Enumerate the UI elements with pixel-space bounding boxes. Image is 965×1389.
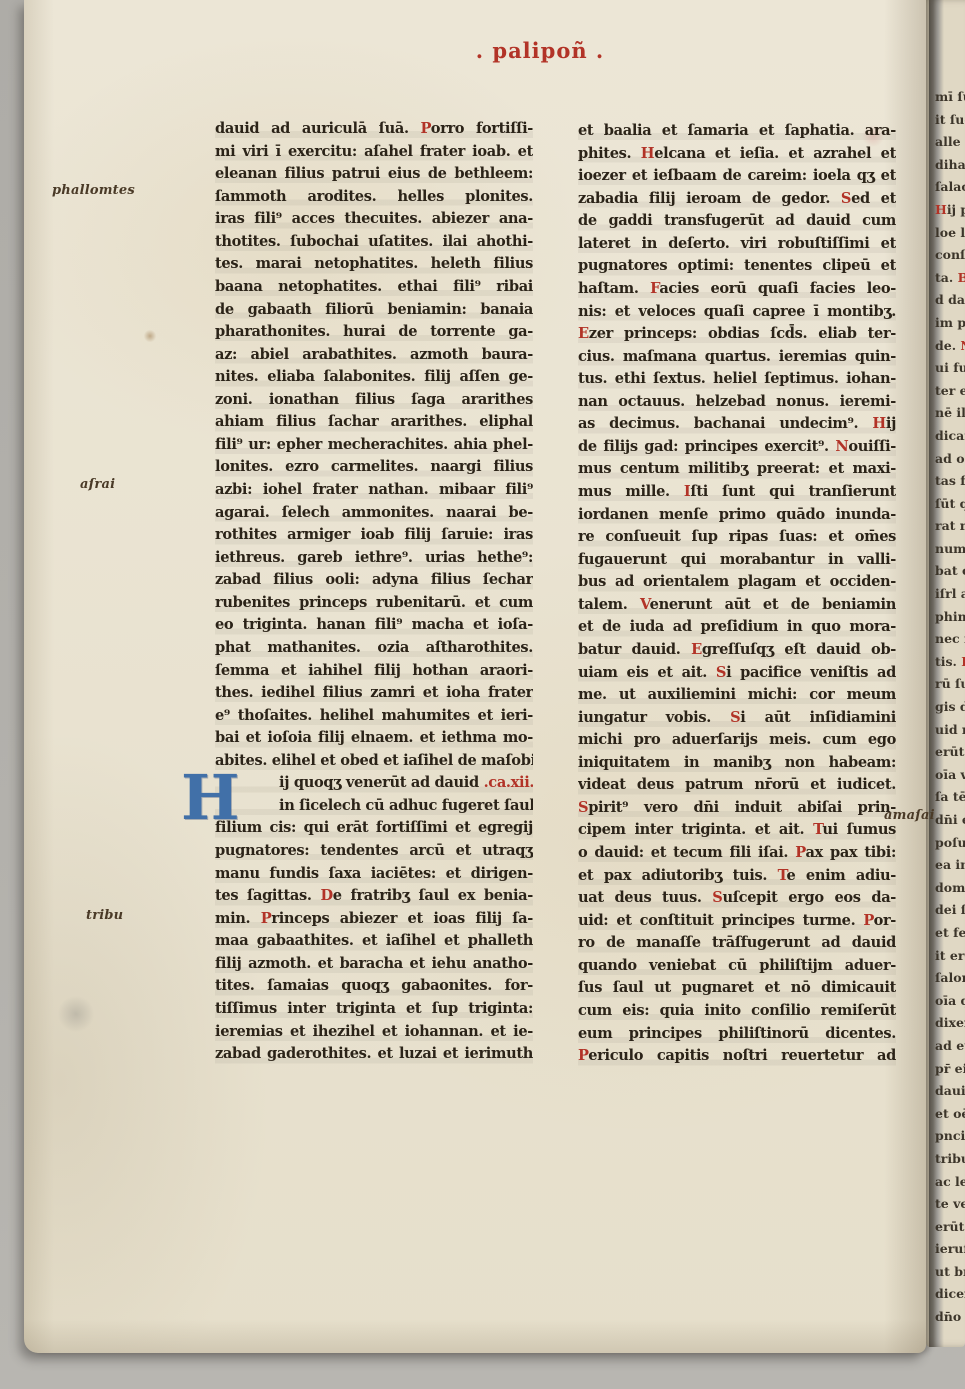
text-segment: dn̄i et [935,812,965,827]
text-line: bai et ioſoia filij elnaem. et iethma mo… [215,727,533,750]
text-segment: erūt in [935,1219,965,1234]
rubricated-letter: N [960,338,965,353]
margin-annotation: aſrai [80,477,115,492]
text-line: uiam eis et ait. Si pacifice veniſtis ad [578,662,896,685]
text-segment: ij [886,415,896,432]
text-segment: thes. iedihel filius zamri et ioha frate… [215,684,533,701]
text-segment: bat cū [935,563,965,578]
text-line: zabadia filij ieroam de gedor. Sed et [578,188,896,211]
text-segment: poſuit [935,835,965,850]
text-segment: it ergo [935,948,965,963]
text-line: ieruſalē [935,1238,965,1261]
text-segment: nis: et veloces quaſi capree ī montibʒ. [578,303,896,320]
text-segment: ro de manaſſe trāſfugerunt ad dauid [578,934,896,951]
text-segment: ut bn̄ [935,1264,965,1279]
text-line: pugnatores optimi: tenentes clipeū et [578,255,896,278]
text-segment: dei ſui [935,902,965,917]
text-segment: haſtam. [578,280,650,297]
rubricated-letter: P [261,910,272,927]
text-segment: erūt ad [935,744,965,759]
text-segment: ſūt qui [935,496,965,511]
text-line: num ge [935,538,965,561]
running-head: . palipoñ . [440,38,640,63]
text-segment: uſcepit ergo eos da- [722,889,896,906]
text-segment: uat deus tuus. [578,889,712,906]
text-line: uat deus tuus. Suſcepit ergo eos da- [578,887,896,910]
text-line: ahiam filius ſachar ararithes. eliphal [215,411,533,434]
text-segment: tiſſimus inter triginta et ſup triginta: [215,1000,533,1017]
text-line: dicamr [935,425,965,448]
text-segment: ſalach v [935,179,965,194]
text-segment: ieruſalē [935,1241,965,1256]
text-segment: dixerat [935,1015,965,1030]
text-line: te veni [935,1193,965,1216]
text-line: tes. marai netophatites. heleth filius [215,253,533,276]
rubricated-letter: F [650,280,659,297]
text-segment: iniquitatem in manibʒ non habeam: [578,754,896,771]
text-segment: ouiſſi- [848,438,896,455]
text-segment: fili⁹ ur: epher mecherachites. ahia phel… [215,436,533,453]
text-segment: mī ſuīt [935,89,965,104]
text-line: oīa que [935,990,965,1013]
rubricated-letter: V [640,596,650,613]
text-segment: enerunt aūt et de beniamin [650,596,896,613]
text-line: domo [935,877,965,900]
text-segment: baana netophatites. ethai fili⁹ ribai [215,278,533,295]
text-segment: et fec [935,925,965,940]
text-line: ſammoth arodites. helles plonites. [215,186,533,209]
text-line: mi viri ī exercitu: aſahel frater ioab. … [215,141,533,164]
text-segment: talem. [578,596,640,613]
text-line: bus ad orientalem plagam et occiden- [578,571,896,594]
text-segment: acies eorū quaſi facies leo- [659,280,896,297]
text-segment: ſus ſaul ut pugnaret et nō dimicauit [578,979,896,996]
text-line: ad eū [935,1035,965,1058]
text-line: it ſuer [935,109,965,132]
text-segment: filij azmoth. et baracha et iehu anatho- [215,955,533,972]
text-segment: uid: et conſtituit principes turme. [578,912,863,929]
text-line: thes. iedihel filius zamri et ioha frate… [215,682,533,705]
text-line: re conſueuit ſup ripas ſuas: et om̄es [578,526,896,549]
scanned-book-page: . palipoñ . H dauid ad auriculā ſuā. Por… [0,0,965,1389]
text-line: ſalomō [935,967,965,990]
text-segment: conſtim [935,247,965,262]
rubricated-letter: H [935,202,947,217]
text-segment: ed et [851,190,896,207]
text-line: dauid ad auriculā ſuā. Porro fortiſſi- [215,118,533,141]
text-line: im prat [935,312,965,335]
text-line: phat mathanites. ozia aſtharothites. [215,637,533,660]
text-line: min. Princeps abiezer et ioas filij ſa- [215,908,533,931]
text-line: de gaddi transfugerūt ad dauid cum [578,210,896,233]
text-line: haſtam. Facies eorū quaſi facies leo- [578,278,896,301]
text-segment: it ſuer [935,112,965,127]
text-segment: mus mille. [578,483,684,500]
text-segment: tes ſagittas. [215,887,320,904]
text-line: tites. ſamaias quoqʒ gabaonites. for- [215,975,533,998]
text-line: fugauerunt qui morabantur in valli- [578,549,896,572]
text-segment: e⁹ thoſaites. helihel mahumites et ieri- [215,707,533,724]
text-line: dixerat [935,1012,965,1035]
text-segment: ea in [935,857,965,872]
text-segment: tas fui [935,473,965,488]
text-line: iordanen menſe primo quādo inunda- [578,504,896,527]
text-line: as decimus. bachanai undecim⁹. Hij [578,413,896,436]
rubricated-letter: .ca.xii. [484,774,533,791]
text-segment: fugauerunt qui morabantur in valli- [578,551,896,568]
text-segment: me. ut auxiliemini michi: cor meum [578,686,896,703]
text-line: dauid: [935,1080,965,1103]
text-segment: zabad gaderothites. et luzai et ierimuth [215,1045,533,1062]
text-segment: cius. maſmana quartus. ieremias quin- [578,348,896,365]
text-line: loe lam [935,222,965,245]
text-segment: michi pro aduerſarijs meis. cum ego [578,731,896,748]
text-line: conſtim [935,244,965,267]
text-line: nē illi [935,402,965,425]
text-segment: zabadia filij ieroam de gedor. [578,190,841,207]
text-line: et baalia et ſamaria et ſaphatia. ara- [578,120,896,143]
text-segment: iras fili⁹ acces thecuites. abiezer ana- [215,210,533,227]
text-line: phites. Helcana et ieſia. et azrahel et [578,143,896,166]
text-line: nan octauus. helzebad nonus. ieremi- [578,391,896,414]
text-line: eleanan filius patrui eius de bethleem: [215,163,533,186]
text-segment: tites. ſamaias quoqʒ gabaonites. for- [215,977,533,994]
text-segment: min. [215,910,261,927]
text-segment: de gaddi transfugerūt ad dauid cum [578,212,896,229]
text-segment: ac leui [935,1174,965,1189]
text-line: o dauid: et tecum fili iſai. Pax pax tib… [578,842,896,865]
text-segment: i pacifice veniſtis ad [726,664,896,681]
text-line: cius. maſmana quartus. ieremias quin- [578,346,896,369]
text-line: iniquitatem in manibʒ non habeam: [578,752,896,775]
text-line: Ezer princeps: obdias ſcd̄s. eliab ter- [578,323,896,346]
text-line: cipem inter triginta. et ait. Tui ſumus [578,819,896,842]
text-segment: dihabet [935,157,965,172]
text-line: et de iuda ad preſidium in quo mora- [578,616,896,639]
text-segment: ſalomō [935,970,965,985]
text-segment: videat deus patrum nr̄orū et iudicet. [578,776,896,793]
text-segment: te veni [935,1196,965,1211]
rubricated-letter: S [841,190,851,207]
text-segment: uiam eis et ait. [578,664,716,681]
text-line: dicerēt [935,1283,965,1306]
text-line: tiſſimus inter triginta et ſup triginta: [215,998,533,1021]
text-segment: iordanen menſe primo quādo inunda- [578,506,896,523]
text-segment: greſſuſqʒ eſt dauid ob- [702,641,896,658]
text-segment: nē illi [935,405,965,420]
text-segment: oīa vaſ [935,767,965,782]
text-segment: dicamr [935,428,965,443]
text-line: pr̄ ei⁹ [935,1058,965,1081]
text-line: manu fundis ſaxa iaciētes: et dirigen- [215,863,533,886]
text-segment: dauid ad auriculā ſuā. [215,120,421,137]
text-line: rat meī [935,515,965,538]
text-segment: dn̄o de [935,1309,965,1324]
text-line: cum eis: quia inito conſilio remiſerūt [578,1000,896,1023]
text-line: alle obe [935,131,965,154]
rubricated-letter: S [730,709,740,726]
text-segment: thotites. ſubochai uſatites. ilai ahothi… [215,233,533,250]
text-segment: bai et ioſoia filij elnaem. et iethma mo… [215,729,533,746]
text-segment: ij pr [947,202,965,217]
text-segment: iſrl ad [935,586,965,601]
text-segment: loe lam [935,225,965,240]
text-line: mus mille. Iſti ſunt qui tranſierunt [578,481,896,504]
margin-annotation: amaſai [884,808,935,823]
text-segment: rubenites princeps rubenitarū. et cum [215,594,533,611]
text-segment: nan octauus. helzebad nonus. ieremi- [578,393,896,410]
text-line: iungatur vobis. Si aūt inſidiamini [578,707,896,730]
text-line: mī ſuīt [935,86,965,109]
text-line: pncipes [935,1125,965,1148]
text-segment: rū ſup [935,676,965,691]
text-line: lateret in deſerto. viri robuſtiſſimi et [578,233,896,256]
text-line: nites. eliaba ſalabonites. filij aſſen g… [215,366,533,389]
text-line: azbi: iohel frater nathan. mibaar fili⁹ [215,479,533,502]
rubricated-letter: H [641,145,654,162]
text-line: ſalach v [935,176,965,199]
text-segment: i aūt inſidiamini [740,709,896,726]
text-segment: ſemma et iahihel filij hothan araori- [215,662,533,679]
text-segment: tes. marai netophatites. heleth filius [215,255,533,272]
rubricated-letter: H [872,415,885,432]
text-line: talem. Venerunt aūt et de beniamin [578,594,896,617]
rubricated-letter: S [712,889,722,906]
text-line: it ergo [935,945,965,968]
text-line: erūt ad [935,741,965,764]
text-line: uid: et conſtituit principes turme. Por- [578,910,896,933]
text-segment: de filijs gad: principes exercit⁹. [578,438,835,455]
text-segment: cum eis: quia inito conſilio remiſerūt [578,1002,896,1019]
text-segment: eum principes philiſtinorū dicentes. [578,1025,896,1042]
rubricated-letter: S [716,664,726,681]
text-segment: pugnatores optimi: tenentes clipeū et [578,257,896,274]
text-line: de filijs gad: principes exercit⁹. Nouiſ… [578,436,896,459]
text-segment: ericulo capitis noſtri reuertetur ad [588,1047,896,1064]
text-segment: zoni. ionathan filius ſaga ararithes [215,391,533,408]
text-line: agarai. ſelech ammonites. naarai be- [215,502,533,525]
text-segment: phim et [935,609,965,624]
text-segment: as decimus. bachanai undecim⁹. [578,415,872,432]
text-line: ſūt qui [935,493,965,516]
text-segment: zer princeps: obdias ſcd̄s. eliab ter- [589,325,896,342]
text-segment: domo [935,880,965,895]
rubricated-letter: D [961,654,965,669]
text-line: eo triginta. hanan fili⁹ macha et ioſa- [215,614,533,637]
text-line: eum principes philiſtinorū dicentes. [578,1023,896,1046]
text-line: dei ſui [935,899,965,922]
text-segment: dauid: [935,1083,965,1098]
text-line: ro de manaſſe trāſfugerunt ad dauid [578,932,896,955]
text-line: lonites. ezro carmelites. naargi filius [215,456,533,479]
text-segment: num ge [935,541,965,556]
text-segment: phat mathanites. ozia aſtharothites. [215,639,533,656]
text-segment: ſa tēpli [935,789,965,804]
text-line: batur dauid. Egreſſuſqʒ eſt dauid ob- [578,639,896,662]
rubricated-letter: E [691,641,702,658]
text-line: dn̄o de [935,1306,965,1329]
text-segment: pr̄ ei⁹ [935,1061,965,1076]
text-segment: ieremias et ihezihel et iohannan. et ie- [215,1023,533,1040]
text-line: baana netophatites. ethai fili⁹ ribai [215,276,533,299]
text-line: michi pro aduerſarijs meis. cum ego [578,729,896,752]
text-column-right: et baalia et ſamaria et ſaphatia. ara-ph… [578,120,896,1069]
text-segment: eleanan filius patrui eius de bethleem: [215,165,533,182]
text-segment: pugnatores: tendentes arcū et utraqʒ [215,842,533,859]
text-line: Periculo capitis noſtri reuertetur ad [578,1045,896,1068]
text-segment: mi viri ī exercitu: aſahel frater ioab. … [215,143,533,160]
text-line: de gabaath filiorū beniamin: banaia [215,299,533,322]
text-line: ſus ſaul ut pugnaret et nō dimicauit [578,977,896,1000]
text-segment: e enim adiu- [786,867,896,884]
text-segment: de. [935,338,960,353]
text-line: uid rex [935,719,965,742]
text-segment: pncipes [935,1128,965,1143]
text-line: ad oēs [935,448,965,471]
text-segment: manu fundis ſaxa iaciētes: et dirigen- [215,865,533,882]
text-line: dihabet [935,154,965,177]
text-line: thotites. ſubochai uſatites. ilai ahothi… [215,231,533,254]
text-line: mus centum militibʒ preerat: et maxi- [578,458,896,481]
text-line: iras fili⁹ acces thecuites. abiezer ana- [215,208,533,231]
text-segment: et baalia et ſamaria et ſaphatia. ara- [578,122,896,139]
text-segment: batur dauid. [578,641,691,658]
text-segment: quando veniebat cū philiſtijm aduer- [578,957,896,974]
text-segment: tribuū [935,1151,965,1166]
text-line: videat deus patrum nr̄orū et iudicet. [578,774,896,797]
text-line: fili⁹ ur: epher mecherachites. ahia phel… [215,434,533,457]
text-segment: elcana et ieſia. et azrahel et [654,145,896,162]
text-segment: oīa que [935,993,965,1008]
text-line: zoni. ionathan filius ſaga ararithes [215,389,533,412]
text-line: ui fuit [935,357,965,380]
text-segment: zabad filius ooli: adyna filius ſechar [215,571,533,588]
text-line: de. Ne [935,335,965,358]
text-segment: orro fortiſſi- [431,120,533,137]
manuscript-leaf: . palipoñ . H dauid ad auriculā ſuā. Por… [24,0,926,1353]
text-line: tribuū [935,1148,965,1171]
text-segment: iethreus. gareb iethre⁹. urias hethe⁹: [215,549,533,566]
text-segment: et oēs [935,1106,965,1121]
text-segment: e fratribʒ ſaul ex benia- [333,887,533,904]
text-line: ac leui [935,1171,965,1194]
text-segment: in ſicelech cū adhuc fugeret ſaul [279,797,533,814]
text-line: pharathonites. hurai de torrente ga- [215,321,533,344]
text-segment: ter eos [935,383,965,398]
text-line: e⁹ thoſaites. helihel mahumites et ieri- [215,705,533,728]
text-line: ſa tēpli [935,786,965,809]
text-line: ta. Bed [935,267,965,290]
rubricated-letter: P [421,120,431,137]
text-segment: re conſueuit ſup ripas ſuas: et om̄es [578,528,896,545]
text-line: ieremias et ihezihel et iohannan. et ie- [215,1021,533,1044]
text-segment: az: abiel arabathites. azmoth baura- [215,346,533,363]
text-segment: o dauid: et tecum fili iſai. [578,844,795,861]
text-line: zabad filius ooli: adyna filius ſechar [215,569,533,592]
text-segment: cipem inter triginta. et ait. [578,821,813,838]
text-segment: ta. [935,270,958,285]
text-segment: de gabaath filiorū beniamin: banaia [215,301,533,318]
text-segment: gis da [935,699,965,714]
text-line: Spirit⁹ vero dn̄i induit abiſai prin- [578,797,896,820]
text-line: erūt in [935,1216,965,1239]
text-segment: nec nō [935,631,965,646]
text-line: quando veniebat cū philiſtijm aduer- [578,955,896,978]
text-segment: ſti ſunt qui tranſierunt [690,483,896,500]
margin-annotation: phallomtes [52,183,135,198]
chapter-initial-letter: H [181,766,277,836]
text-segment: lonites. ezro carmelites. naargi filius [215,458,533,475]
rubricated-letter: N [835,438,848,455]
text-line: oīa vaſ [935,764,965,787]
text-segment: uid rex [935,722,965,737]
next-page-edge: mī ſuītit ſueralle obedihabetſalach vHij… [926,0,965,1347]
text-line: phim et [935,606,965,629]
text-line: ter eos [935,380,965,403]
text-segment: ioezer et ieſbaam de careim: ioela qʒ et [578,167,896,184]
text-segment: ui fuit [935,360,965,375]
text-line: d dauid [935,289,965,312]
text-line: ut bn̄ [935,1261,965,1284]
text-line: Hij pr [935,199,965,222]
text-segment: et pax adiutoribʒ tuis. [578,867,778,884]
text-segment: iungatur vobis. [578,709,730,726]
text-segment: ij quoqʒ venerūt ad dauid [279,774,484,791]
text-line: et oēs [935,1103,965,1126]
text-segment: ſammoth arodites. helles plonites. [215,188,533,205]
text-segment: bus ad orientalem plagam et occiden- [578,573,896,590]
text-line: rū ſup [935,673,965,696]
text-segment: et de iuda ad preſidium in quo mora- [578,618,896,635]
text-line: iethreus. gareb iethre⁹. urias hethe⁹: [215,547,533,570]
text-line: ioezer et ieſbaam de careim: ioela qʒ et [578,165,896,188]
text-segment: azbi: iohel frater nathan. mibaar fili⁹ [215,481,533,498]
text-segment: d dauid [935,292,965,307]
text-segment: eo triginta. hanan fili⁹ macha et ioſa- [215,616,533,633]
rubricated-letter: P [795,844,805,861]
text-line: filij azmoth. et baracha et iehu anatho- [215,953,533,976]
rubricated-letter: B [958,270,965,285]
text-segment: tis. [935,654,961,669]
text-segment: or- [874,912,896,929]
text-segment: ax pax tibi: [805,844,896,861]
text-segment: pirit⁹ vero dn̄i induit abiſai prin- [588,799,896,816]
text-segment: ad oēs [935,451,965,466]
text-segment: maa gabaathites. et iaſihel et phalleth [215,932,533,949]
text-segment: rat meī [935,518,965,533]
text-segment: nites. eliaba ſalabonites. filij aſſen g… [215,368,533,385]
text-line: rubenites princeps rubenitarū. et cum [215,592,533,615]
text-line: et fec [935,922,965,945]
text-line: dn̄i et [935,809,965,832]
text-segment: im prat [935,315,965,330]
text-segment: ad eū [935,1038,965,1053]
text-column-left: H dauid ad auriculā ſuā. Porro fortiſſi-… [215,118,533,1067]
text-segment: tus. ethi ſextus. heliel ſeptimus. iohan… [578,370,896,387]
text-segment: alle obe [935,134,965,149]
text-line: tis. De [935,651,965,674]
text-segment: lateret in deſerto. viri robuſtiſſimi et [578,235,896,252]
rubricated-letter: P [578,1047,588,1064]
text-line: tes ſagittas. De fratribʒ ſaul ex benia- [215,885,533,908]
text-line: nis: et veloces quaſi capree ī montibʒ. [578,301,896,324]
text-segment: mus centum militibʒ preerat: et maxi- [578,460,896,477]
rubricated-letter: D [320,887,332,904]
text-line: gis da [935,696,965,719]
text-segment: rothites armiger ioab filij ſaruie: iras [215,526,533,543]
margin-annotation: tribu [86,908,123,923]
text-segment: pharathonites. hurai de torrente ga- [215,323,533,340]
